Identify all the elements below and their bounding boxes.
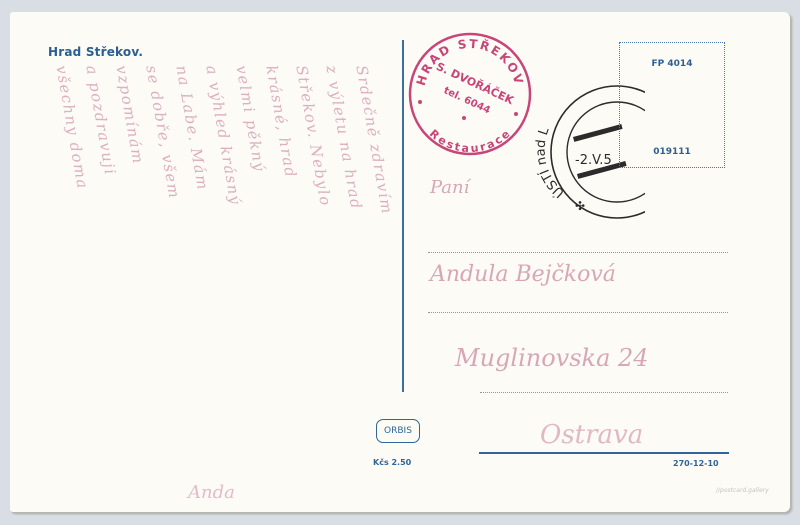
message-line: vzpomínám: [112, 64, 147, 166]
publisher-logo: ORBIS: [376, 419, 420, 443]
address-name: Andula Bejčková: [430, 262, 616, 287]
address-underline: [479, 452, 729, 454]
svg-text:✣: ✣: [575, 199, 585, 213]
address-salutation: Paní: [430, 177, 469, 198]
message-line: velmi pěkný: [232, 64, 269, 174]
stamp-box-number: 019111: [620, 147, 724, 157]
watermark: //postcard.gallery: [716, 487, 769, 494]
divider-line: [402, 40, 404, 392]
address-city: Ostrava: [540, 420, 643, 450]
stamp-placeholder-box: FP 4014 019111: [619, 42, 725, 168]
handwritten-message: Srdečně zdravím z výletu na hrad Střekov…: [18, 42, 388, 502]
address-line-2: [428, 312, 728, 313]
stamp-box-code: FP 4014: [620, 59, 724, 69]
signature: Anda: [188, 482, 235, 503]
address-line-1: [428, 252, 728, 253]
postcard: Hrad Střekov. Srdečně zdravím z výletu n…: [10, 12, 790, 512]
svg-text:-2.V.5: -2.V.5: [575, 153, 612, 168]
print-code: 270-12-10: [673, 459, 719, 468]
address-street: Muglinovska 24: [455, 344, 649, 372]
restaurant-cachet-stamp: HRAD STŘEKOV Restaurace S. DVOŘÁČEK tel.…: [406, 30, 534, 158]
price-label: Kčs 2.50: [373, 458, 411, 467]
svg-text:Restaurace: Restaurace: [427, 127, 513, 155]
address-line-3: [480, 392, 728, 393]
